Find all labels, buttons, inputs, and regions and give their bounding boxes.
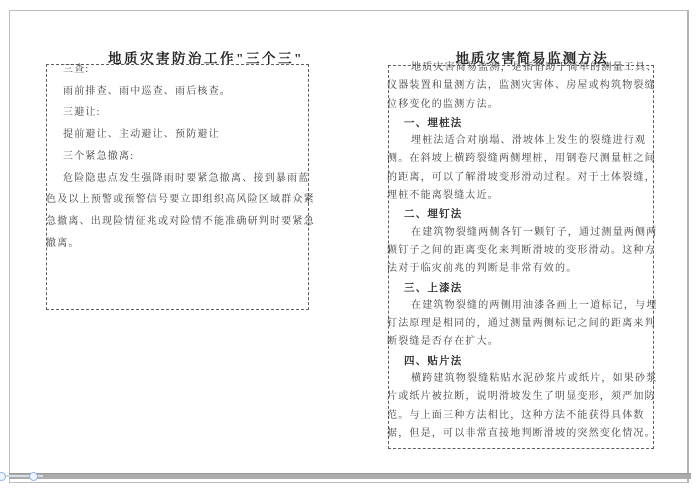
section-heading: 三、上漆法 xyxy=(387,279,657,297)
text-line: 钉法原理是相同的，通过测量两侧标记之间的距离来判 xyxy=(387,315,657,333)
text-line: 埋桩不能离裂缝太近。 xyxy=(387,187,657,205)
text-line: 仪器装置和量测方法，监测灾害体、房屋或构筑物裂缝 xyxy=(387,77,657,95)
page2-text: 地质灾害简易监测，是指借助于简单的测量工具、 仪器装置和量测方法，监测灾害体、房… xyxy=(387,59,657,443)
drag-handle-icon[interactable] xyxy=(0,472,6,481)
text-line: 横跨建筑物裂缝粘贴水泥砂浆片或纸片，如果砂浆 xyxy=(387,370,657,388)
text-line: 断裂缝是否存在扩大。 xyxy=(387,333,657,351)
text-line: 三个紧急撤离: xyxy=(46,146,314,168)
section-heading: 四、贴片法 xyxy=(387,352,657,370)
text-line: 的距离，可以了解滑坡变形滑动过程。对于土体裂缝， xyxy=(387,169,657,187)
text-line: 测。在斜坡上横跨裂缝两侧埋桩，用钢卷尺测量桩之间 xyxy=(387,150,657,168)
text-line: 色及以上预警或预警信号要立即组织高风险区域群众紧 xyxy=(46,189,314,211)
section-heading: 二、埋钉法 xyxy=(387,205,657,223)
text-line: 提前避让、主动避让、预防避让 xyxy=(46,124,314,146)
text-line: 法对于临灾前兆的判断是非常有效的。 xyxy=(387,260,657,278)
section-heading: 一、埋桩法 xyxy=(387,114,657,132)
page1-text: 三查: 雨前排查、雨中巡查、雨后核查。 三避让: 提前避让、主动避让、预防避让 … xyxy=(46,59,314,254)
text-line: 范。与上面三种方法相比，这种方法不能获得具体数 xyxy=(387,407,657,425)
text-line: 片或纸片被拉断，说明滑坡发生了明显变形，须严加防 xyxy=(387,388,657,406)
text-line: 颗钉子之间的距离变化来判断滑坡的变形滑动。这种方 xyxy=(387,242,657,260)
horizontal-scrollbar[interactable] xyxy=(9,473,691,479)
text-line: 雨前排查、雨中巡查、雨后核查。 xyxy=(46,81,314,103)
document-page-area[interactable]: 地质灾害防治工作"三个三" 三查: 雨前排查、雨中巡查、雨后核查。 三避让: 提… xyxy=(9,10,689,483)
text-line: 位移变化的监测方法。 xyxy=(387,96,657,114)
text-line: 据，但是，可以非常直接地判断滑坡的突然变化情况。 xyxy=(387,425,657,443)
text-line: 地质灾害简易监测，是指借助于简单的测量工具、 xyxy=(387,59,657,77)
text-line: 在建筑物裂缝两侧各钉一颗钉子，通过测量两侧两 xyxy=(387,224,657,242)
text-line: 三查: xyxy=(46,59,314,81)
text-line: 撤离。 xyxy=(46,233,314,255)
drag-handle-icon[interactable] xyxy=(29,472,38,481)
text-line: 在建筑物裂缝的两侧用油漆各画上一道标记，与埋 xyxy=(387,297,657,315)
text-line: 三避让: xyxy=(46,102,314,124)
text-line: 埋桩法适合对崩塌、滑坡体上发生的裂缝进行观 xyxy=(387,132,657,150)
text-line: 危险隐患点发生强降雨时要紧急撤离、接到暴雨蓝 xyxy=(46,168,314,190)
text-line: 急撤离、出现险情征兆或对险情不能准确研判时要紧急 xyxy=(46,211,314,233)
